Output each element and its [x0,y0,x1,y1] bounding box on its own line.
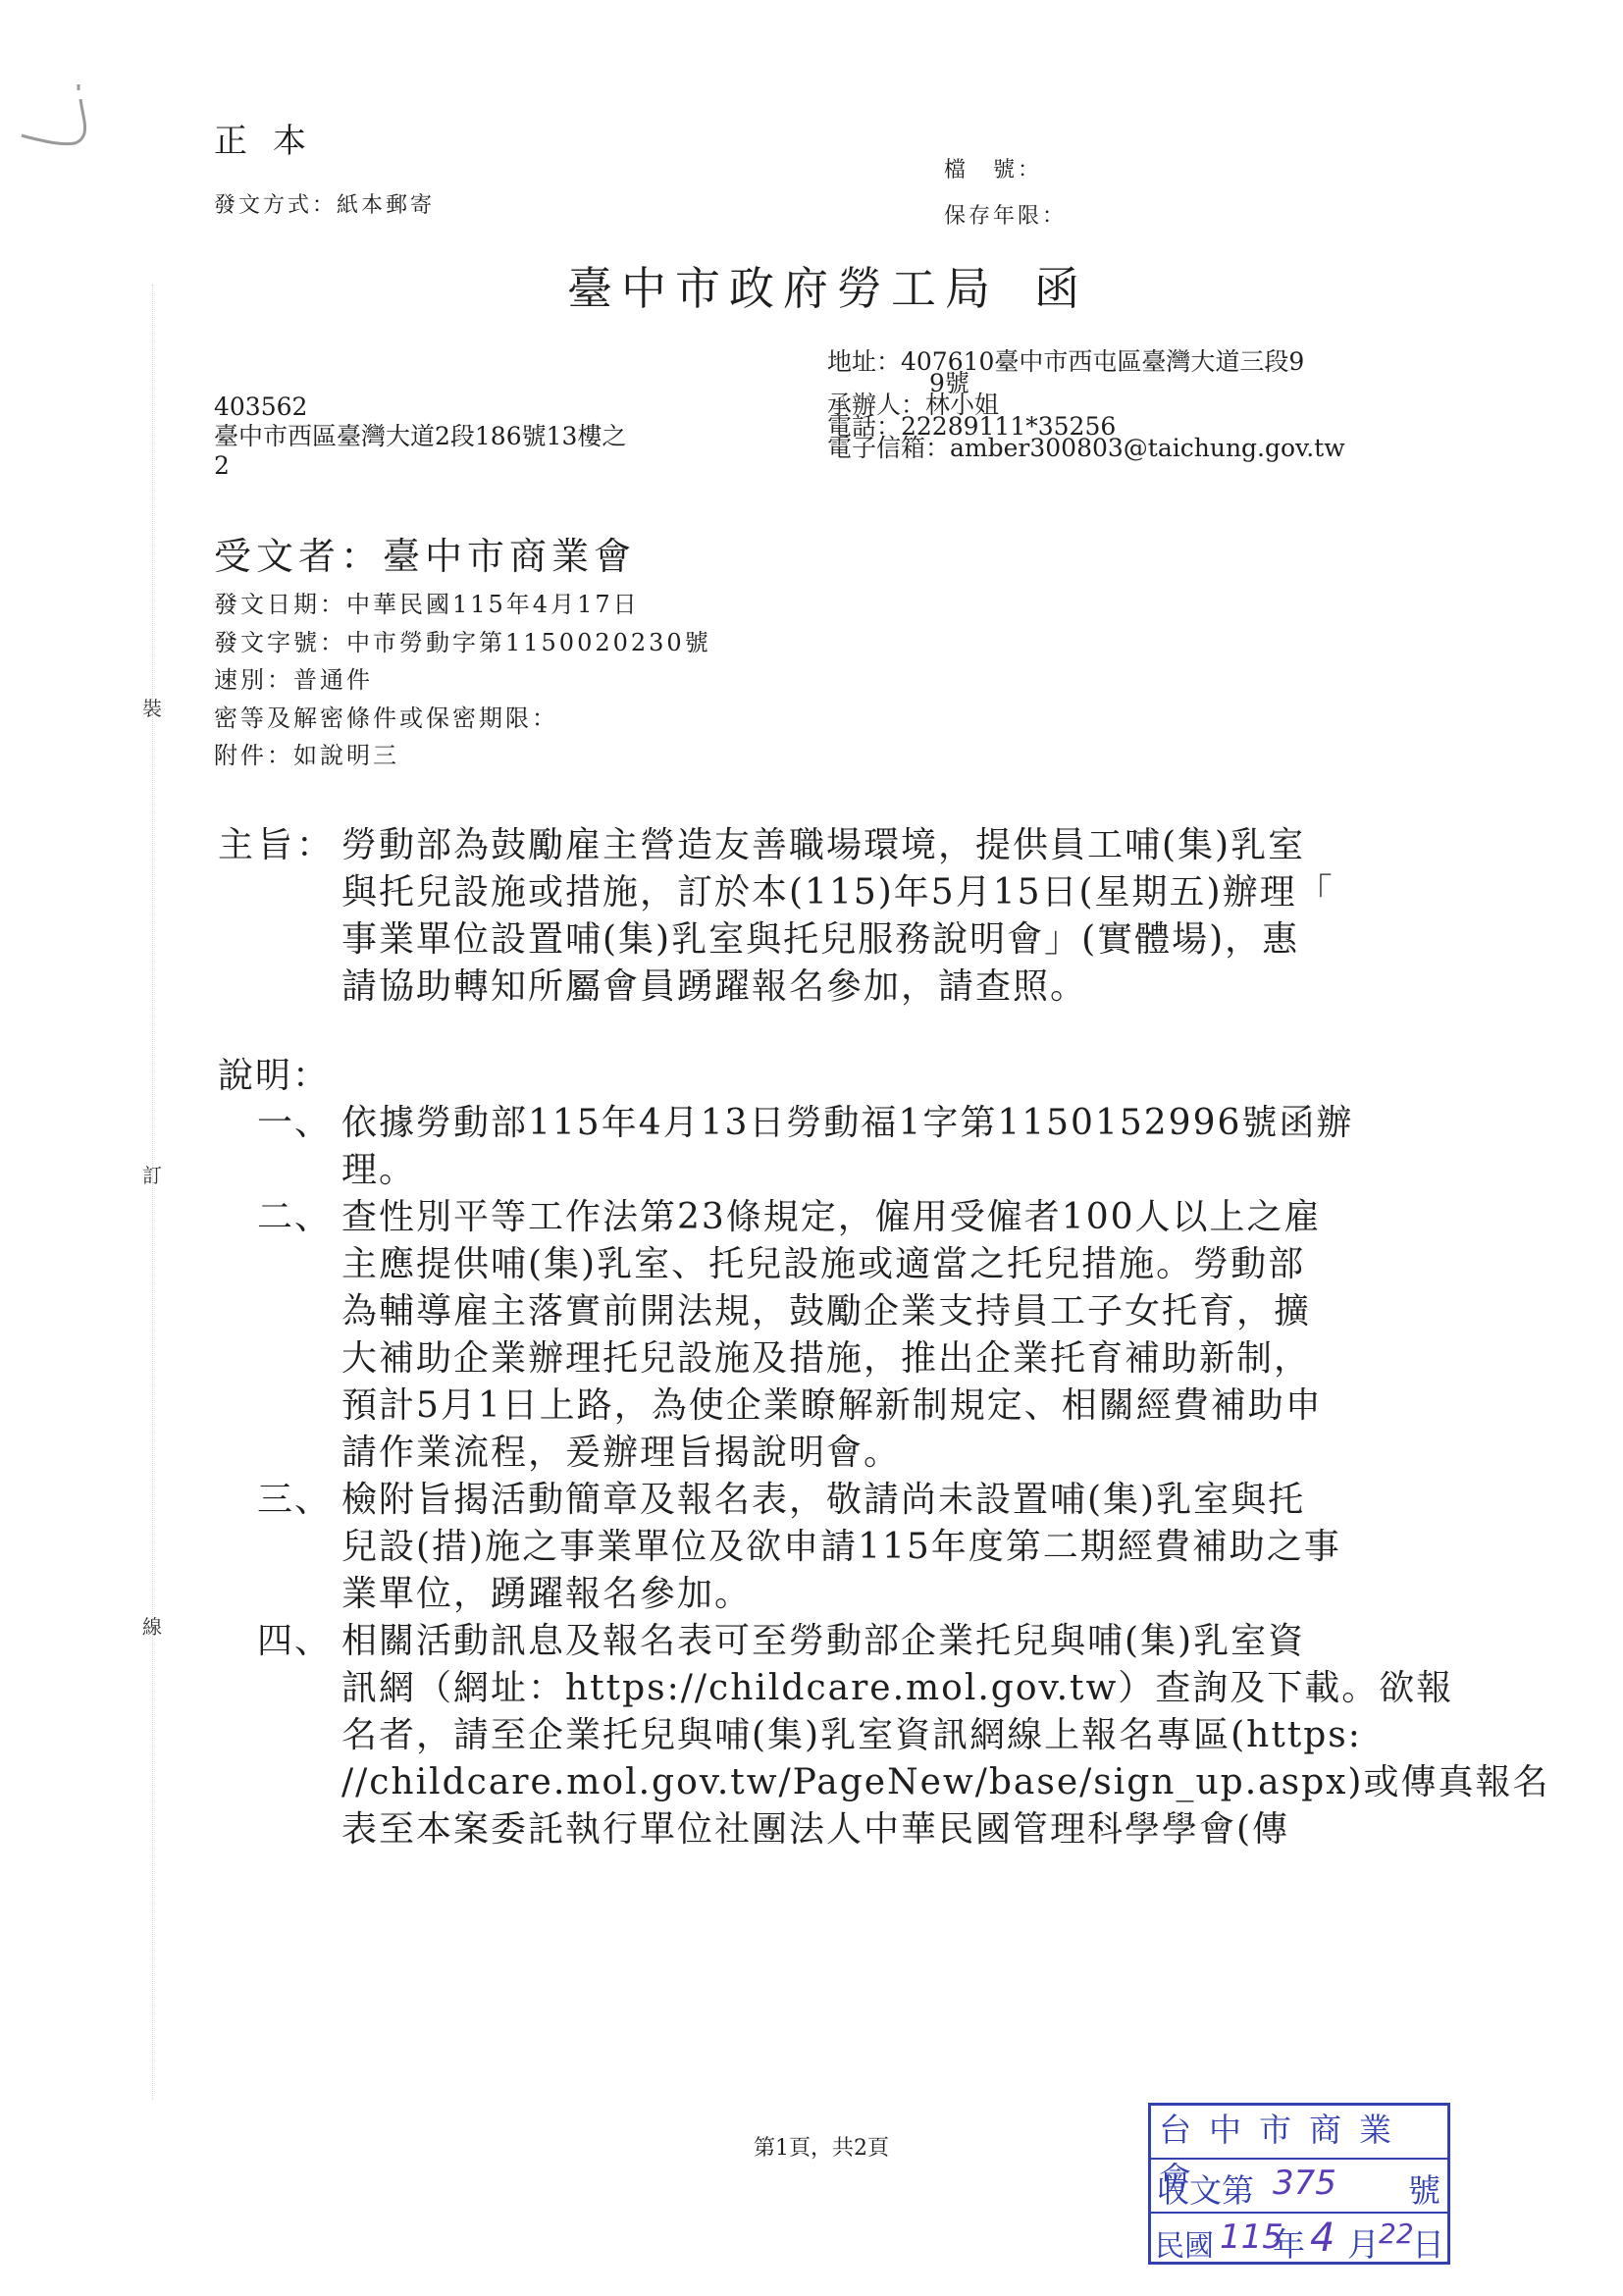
item-number: 二、 [257,1194,341,1477]
item-line: 檢附旨揭活動簡章及報名表，敬請尚未設置哺(集)乳室與托 [341,1477,1435,1524]
document-kind: 函 [1034,262,1088,315]
item-line: 相關活動訊息及報名表可至勞動部企業托兒與哺(集)乳室資 [341,1618,1549,1665]
retention-period-field: 保存年限： [944,199,1067,230]
receiver-address-line1: 臺中市西區臺灣大道2段186號13樓之 [214,422,626,451]
stamp-year-label: 年 [1273,2219,1305,2266]
item-line: 兒設(措)施之事業單位及欲申請115年度第二期經費補助之事 [341,1524,1435,1571]
item-line: 查性別平等工作法第23條規定，僱用受僱者100人以上之雇 [341,1194,1435,1241]
secrecy-level: 密等及解密條件或保密期限： [214,700,711,738]
subject-line: 勞動部為鼓勵雇主營造友善職場環境，提供員工哺(集)乳室 [341,822,1435,869]
item-line-with-link[interactable]: 名者，請至企業托兒與哺(集)乳室資訊網線上報名專區(https: [341,1712,1549,1759]
explanation-item-2: 二、 查性別平等工作法第23條規定，僱用受僱者100人以上之雇 主應提供哺(集)… [257,1194,1435,1477]
item-line: 業單位，踴躍報名參加。 [341,1571,1435,1618]
document-meta: 發文日期：中華民國115年4月17日 發文字號：中市勞動字第1150020230… [214,586,711,775]
stamp-month-label: 月 [1347,2219,1380,2266]
stamp-recv-prefix: 收文第 [1157,2166,1254,2212]
item-line: 主應提供哺(集)乳室、托兒設施或適當之托兒措施。勞動部 [341,1241,1435,1288]
explanation-item-3: 三、 檢附旨揭活動簡章及報名表，敬請尚未設置哺(集)乳室與托 兒設(措)施之事業… [257,1477,1435,1618]
item-number: 三、 [257,1477,341,1618]
stamp-date-prefix: 民國 [1155,2221,1214,2265]
item-line: 為輔導雇主落實前開法規，鼓勵企業支持員工子女托育，擴 [341,1288,1435,1335]
item-number: 一、 [257,1100,341,1194]
item-line-with-link[interactable]: //childcare.mol.gov.tw/PageNew/base/sign… [341,1759,1549,1806]
file-number-field: 檔號： [944,153,1042,183]
subject-line: 與托兒設施或措施，訂於本(115)年5月15日(星期五)辦理「 [341,869,1435,916]
issue-date: 發文日期：中華民國115年4月17日 [214,586,711,624]
file-number-label: 檔 [944,158,993,183]
item-line: 依據勞動部115年4月13日勞動福1字第1150152996號函辦 [341,1100,1435,1147]
item-line: 大補助企業辦理托兒設施及措施，推出企業托育補助新制， [341,1335,1435,1383]
receiver-postal-code: 403562 [214,392,626,422]
item-line: 請作業流程，爰辦理旨揭說明會。 [341,1430,1435,1477]
item-line: 預計5月1日上路，為使企業瞭解新制規定、相關經費補助申 [341,1383,1435,1430]
binding-mark-ding: 訂 [142,1160,162,1188]
document-number: 發文字號：中市勞動字第1150020230號 [214,624,711,662]
subject-line: 事業單位設置哺(集)乳室與托兒服務說明會」(實體場)，惠 [341,916,1435,964]
stamp-day-label: 日 [1412,2219,1444,2266]
stamp-month: 4 [1310,2216,1335,2261]
page-indicator: 第1頁，共2頁 [754,2131,889,2162]
item-line: 表至本案委託執行單位社團法人中華民國管理科學學會(傳 [341,1806,1549,1853]
scan-artifact-mark [14,65,92,153]
delivery-speed: 速別：普通件 [214,661,711,700]
explanation-label: 說明： [218,1053,1435,1100]
receipt-stamp: 台中市商業會 收文第 375 號 民國 115 年 4 月 22 日 [1148,2103,1450,2265]
recipient: 受文者：臺中市商業會 [214,526,636,580]
item-line: 理。 [341,1147,1435,1194]
binding-mark-xian: 線 [142,1611,162,1640]
stamp-receipt-number-row: 收文第 375 號 [1151,2160,1447,2214]
stamp-recv-suffix: 號 [1408,2166,1440,2212]
explanation-item-1: 一、 依據勞動部115年4月13日勞動福1字第1150152996號函辦 理。 [257,1100,1435,1194]
explanation-item-4: 四、 相關活動訊息及報名表可至勞動部企業托兒與哺(集)乳室資 訊網（網址：htt… [257,1618,1435,1853]
send-method: 發文方式：紙本郵寄 [214,188,435,219]
sender-info: 地址：407610臺中市西屯區臺灣大道三段9 9號 承辦人：林小姐 電話：222… [827,351,1345,459]
item-number: 四、 [257,1618,341,1853]
copy-type: 正本 [214,114,332,162]
binding-mark-zhuang: 裝 [142,693,162,721]
document-title: 臺中市政府勞工局函 [567,253,1088,318]
receiver-address: 403562 臺中市西區臺灣大道2段186號13樓之 2 [214,392,626,481]
contact-email[interactable]: 電子信箱：amber300803@taichung.gov.tw [827,438,1345,459]
explanation-section: 說明： 一、 依據勞動部115年4月13日勞動福1字第1150152996號函辦… [218,1053,1435,1853]
subject-label: 主旨： [218,822,341,1011]
file-number-label-2: 號： [993,158,1042,183]
stamp-recv-number: 375 [1273,2164,1336,2203]
subject-line: 請協助轉知所屬會員踴躍報名參加，請查照。 [341,964,1435,1011]
stamp-date-row: 民國 115 年 4 月 22 日 [1151,2214,1447,2266]
sender-address: 地址：407610臺中市西屯區臺灣大道三段9 [827,351,1345,373]
stamp-organization: 台中市商業會 [1151,2106,1447,2160]
attachment-note: 附件：如說明三 [214,737,711,775]
item-line-with-link[interactable]: 訊網（網址：https://childcare.mol.gov.tw）查詢及下載… [341,1665,1549,1712]
subject-section: 主旨： 勞動部為鼓勵雇主營造友善職場環境，提供員工哺(集)乳室 與托兒設施或措施… [218,822,1435,1011]
binding-line [152,285,153,2100]
issuing-agency: 臺中市政府勞工局 [567,262,999,315]
receiver-address-line2: 2 [214,451,626,481]
stamp-day: 22 [1379,2218,1414,2250]
subject-text: 勞動部為鼓勵雇主營造友善職場環境，提供員工哺(集)乳室 與托兒設施或措施，訂於本… [341,822,1435,1011]
